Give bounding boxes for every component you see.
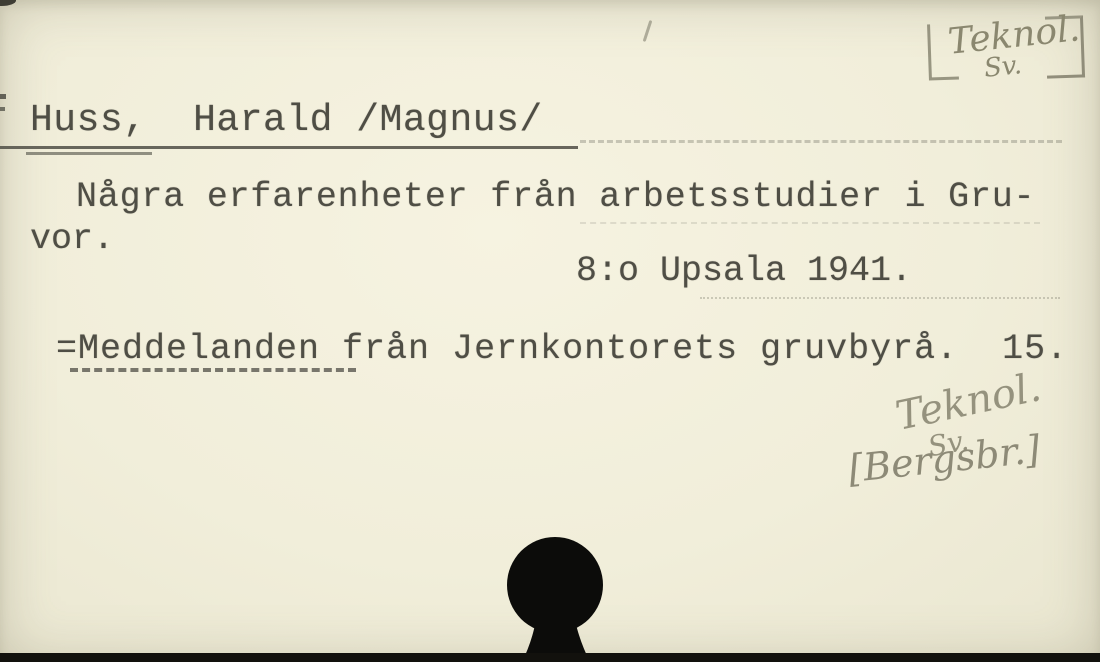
author-heading: Huss, Harald /Magnus/ [30, 102, 543, 140]
scan-edge-bottom [0, 653, 1100, 662]
title-line-2: vor. [30, 222, 114, 257]
classification-stamp-line2: Sv. [983, 52, 1023, 82]
series-dashed-underline [70, 368, 356, 372]
scan-edge-tick [0, 107, 5, 111]
heading-rule-faint [580, 140, 1062, 143]
title-line-1: Några erfarenheter från arbetsstudier i … [76, 180, 1035, 215]
series-note: =Meddelanden från Jernkontorets gruvbyrå… [56, 332, 1068, 367]
catalog-card: Teknol. Sv. Huss, Harald /Magnus/ Några … [0, 0, 1100, 662]
heading-underline-secondary [26, 152, 152, 155]
imprint-line: 8:o Upsala 1941. [576, 254, 912, 289]
pencil-annotation-line1: Teknol. [892, 367, 1044, 437]
imprint-rule-faint [700, 297, 1060, 299]
keyhole-punch-icon [470, 518, 640, 662]
pencil-slash-mark [643, 20, 653, 42]
pencil-annotation-line3: [Bergsbr.] [847, 430, 1042, 488]
heading-underline [0, 146, 578, 149]
scan-edge-top-left-corner [0, 0, 16, 6]
title-rule-faint [580, 222, 1040, 224]
scan-edge-tick [0, 94, 6, 99]
